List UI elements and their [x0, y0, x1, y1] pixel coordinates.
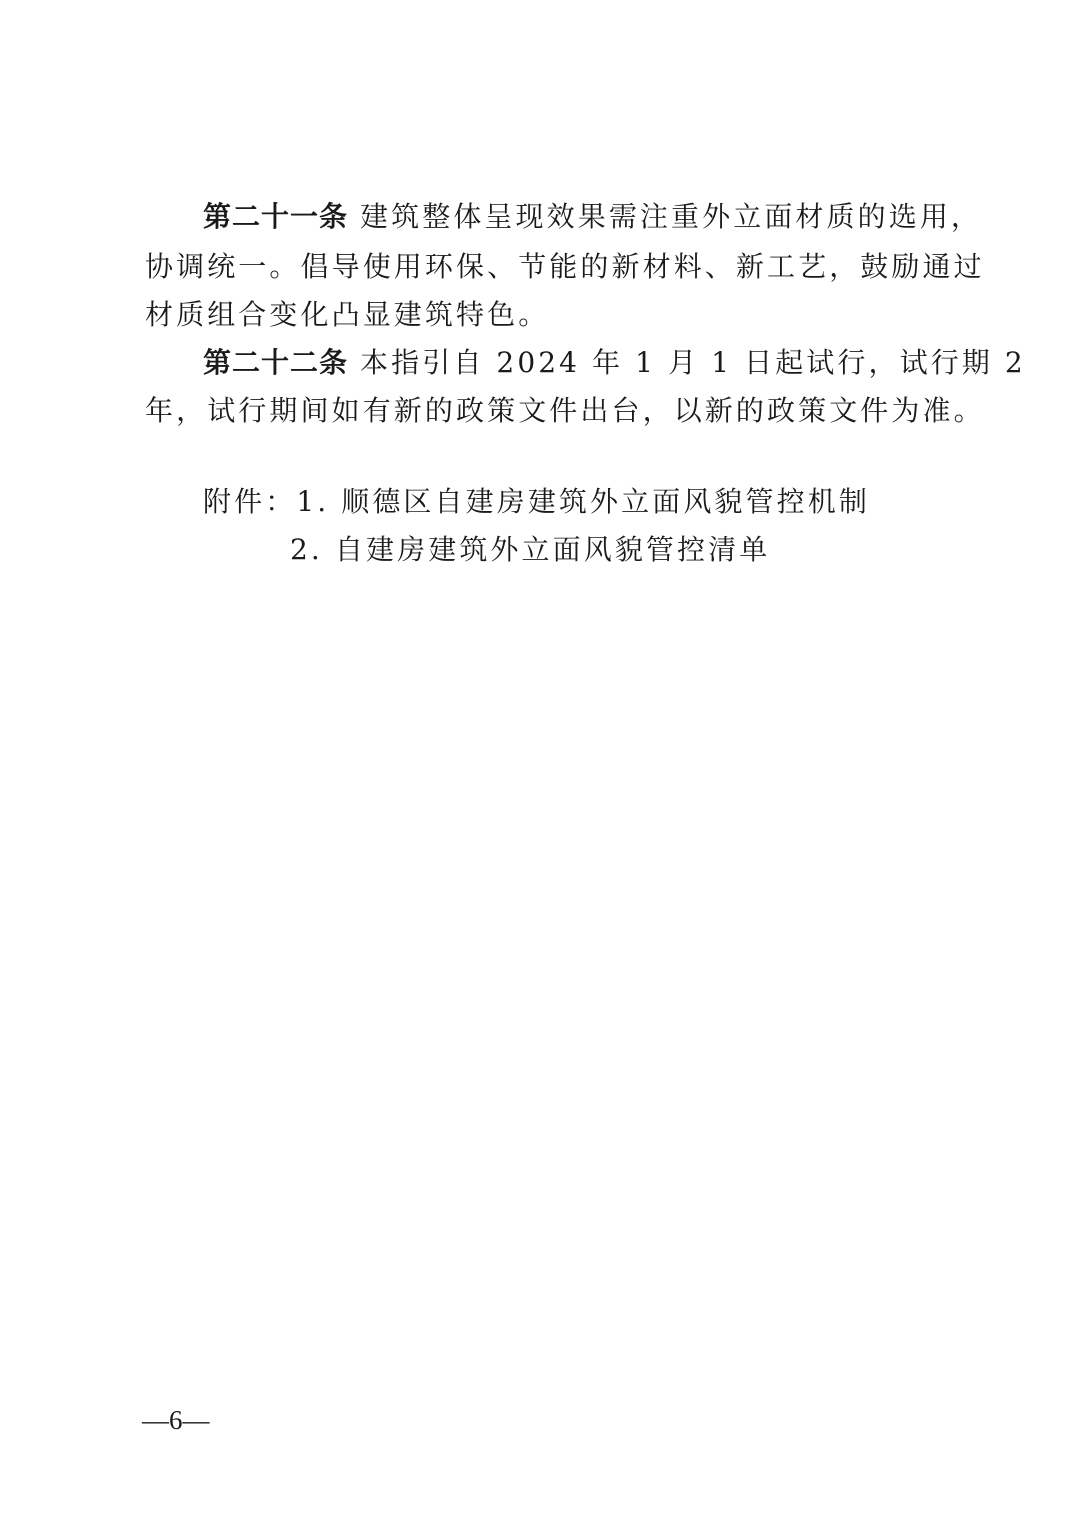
- page-number: —6—: [142, 1404, 210, 1436]
- article-22-text-1: 本指引自 2024 年 1 月 1 日起试行，试行期 2: [360, 346, 1026, 379]
- article-21-line-1: 第二十一条建筑整体呈现效果需注重外立面材质的选用，: [203, 199, 945, 235]
- attachment-item-1: 1. 顺德区自建房建筑外立面风貌管控机制: [296, 485, 870, 518]
- article-21-line-3: 材质组合变化凸显建筑特色。: [145, 297, 945, 333]
- article-22-line-2: 年，试行期间如有新的政策文件出台，以新的政策文件为准。: [145, 393, 945, 429]
- attachments-label: 附件：: [203, 485, 296, 518]
- attachment-item-2: 2. 自建房建筑外立面风貌管控清单: [290, 532, 770, 568]
- attachment-item-1-line: 附件：1. 顺德区自建房建筑外立面风貌管控机制: [203, 484, 870, 520]
- article-21-line-2: 协调统一。倡导使用环保、节能的新材料、新工艺，鼓励通过: [145, 249, 945, 285]
- article-22-line-1: 第二十二条本指引自 2024 年 1 月 1 日起试行，试行期 2: [203, 345, 945, 381]
- document-page: 第二十一条建筑整体呈现效果需注重外立面材质的选用， 协调统一。倡导使用环保、节能…: [0, 0, 1080, 1527]
- article-21-text-1: 建筑整体呈现效果需注重外立面材质的选用，: [360, 200, 982, 233]
- article-21-number: 第二十一条: [203, 200, 348, 233]
- article-22-number: 第二十二条: [203, 346, 348, 379]
